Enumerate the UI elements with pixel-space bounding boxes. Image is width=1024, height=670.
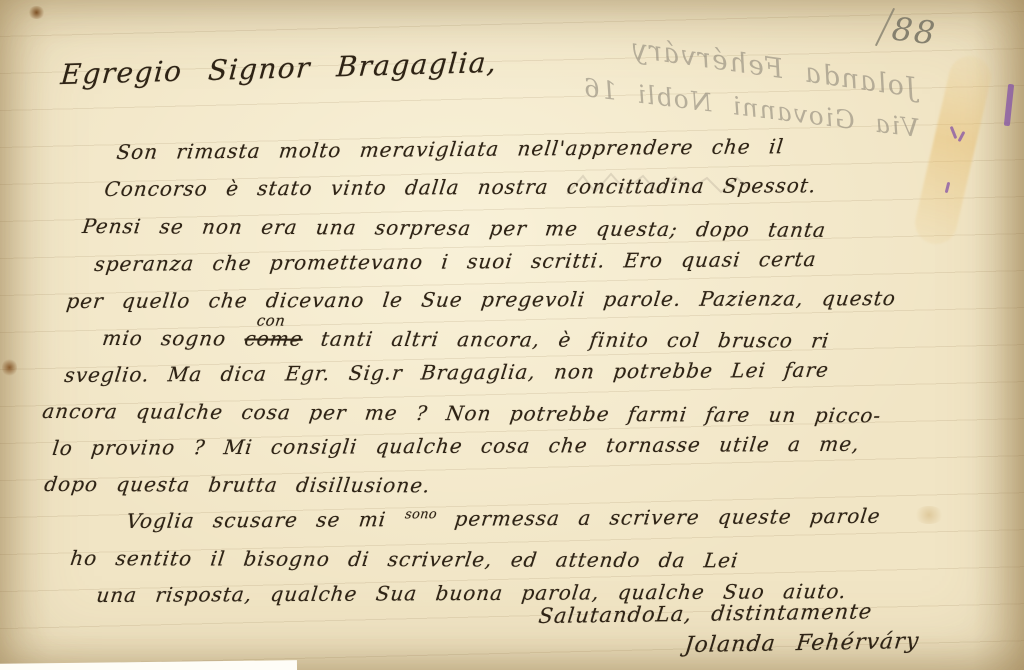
body-line: Son rimasta molto meravigliata nell'appr… [115, 134, 785, 164]
body-line: ho sentito il bisogno di scriverle, ed a… [69, 546, 740, 572]
body-line-with-insertion: Voglia scusare se mi sono permessa a scr… [125, 504, 882, 533]
signature: Jolanda Fehérváry [683, 629, 920, 658]
body-line: Pensi se non era una sorpresa per me que… [81, 214, 828, 242]
body-line: sveglio. Ma dica Egr. Sig.r Bragaglia, n… [63, 358, 830, 387]
body-line: ancora qualche cosa per me ? Non potrebb… [41, 399, 883, 427]
body-line-with-correction: mio sogno con come tanti altri ancora, è… [101, 326, 831, 353]
body-line-text: tanti altri ancora, è finito col brusco … [320, 327, 831, 353]
body-line: Concorso è stato vinto dalla nostra conc… [103, 173, 818, 201]
ink-stain [2, 358, 17, 377]
body-line-text: mio sogno [101, 326, 228, 350]
body-line: dopo questa brutta disillusione. [43, 472, 432, 497]
correction: con come [243, 326, 304, 350]
struck-word: come [243, 326, 304, 350]
purple-ink-smudge [1004, 84, 1014, 126]
letter-page: Jolanda Fehérváry Via Giovanni Nobli 16 … [0, 0, 1024, 670]
body-line: speranza che promettevano i suoi scritti… [93, 247, 818, 276]
salutation: Egregio Signor Bragaglia, [59, 46, 498, 91]
body-line-text: permessa a scrivere queste parole [453, 504, 882, 531]
paper-edge [0, 660, 297, 670]
superscript-word: sono [404, 507, 437, 522]
paper-stain [914, 506, 944, 524]
body-line: per quello che dicevano le Sue pregevoli… [65, 286, 897, 313]
body-line: lo provino ? Mi consigli qualche cosa ch… [51, 432, 861, 460]
body-line-text: Voglia scusare se mi [125, 507, 387, 533]
inserted-word: con [256, 312, 287, 330]
tape-stain [911, 52, 995, 249]
page-number: 88 [890, 9, 939, 52]
ink-stain [28, 6, 45, 19]
closing-formula: SalutandoLa, distintamente [537, 599, 873, 628]
